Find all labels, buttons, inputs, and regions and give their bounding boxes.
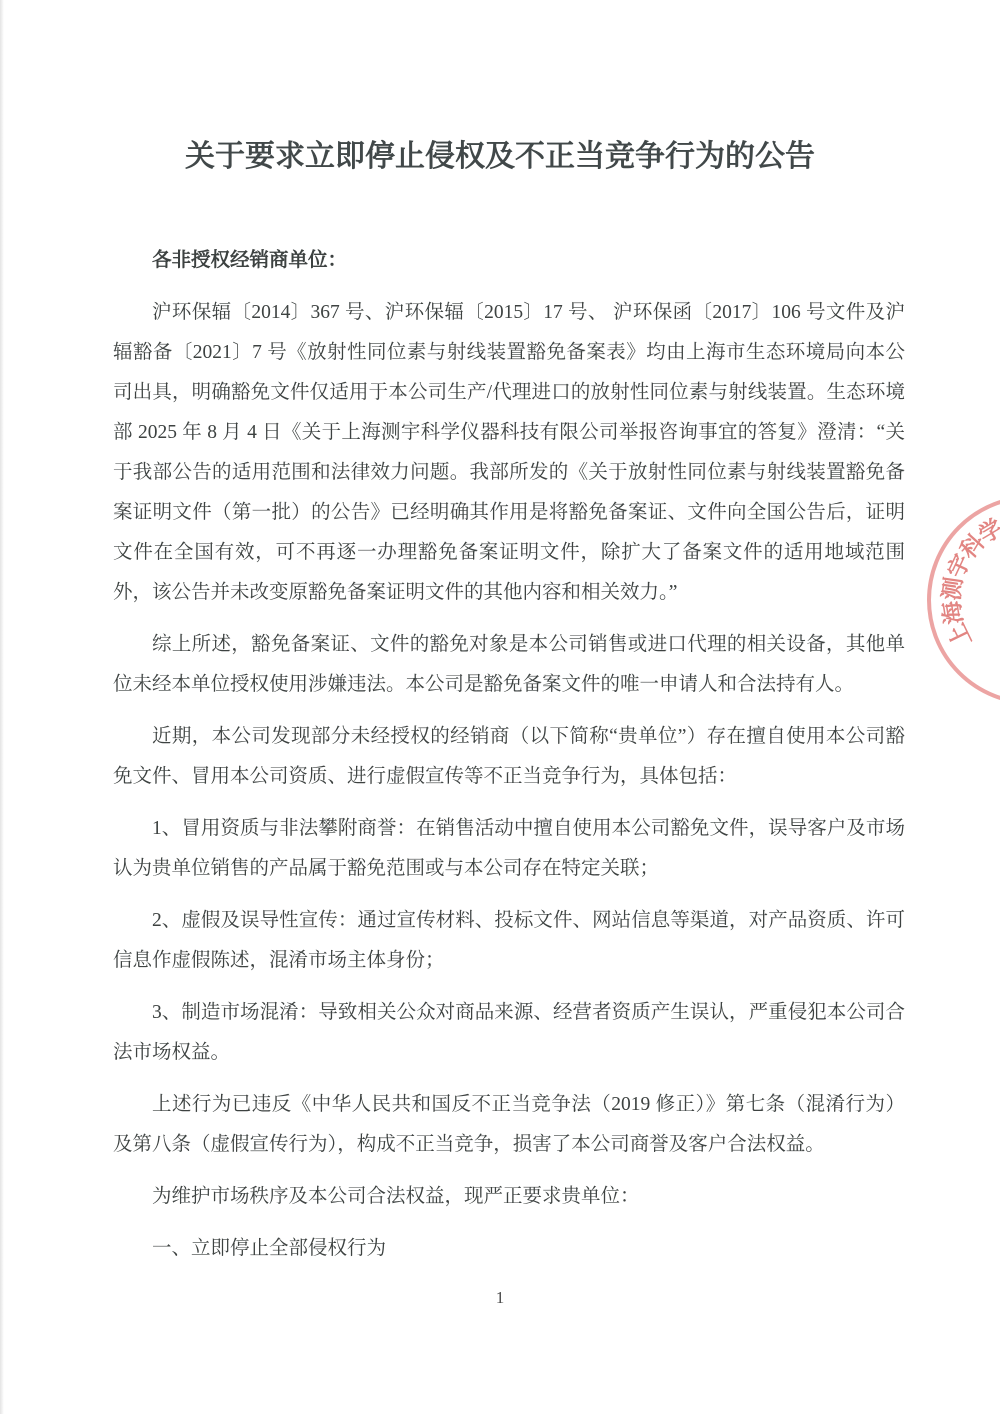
summary-paragraph: 综上所述，豁免备案证、文件的豁免对象是本公司销售或进口代理的相关设备，其他单位未… (113, 625, 905, 705)
findings-paragraph: 近期，本公司发现部分未经授权的经销商（以下简称“贵单位”）存在擅自使用本公司豁免… (113, 717, 905, 797)
salutation: 各非授权经销商单位： (113, 241, 905, 281)
violation-item-1: 1、冒用资质与非法攀附商誉：在销售活动中擅自使用本公司豁免文件，误导客户及市场认… (113, 809, 905, 889)
section-heading-1: 一、立即停止全部侵权行为 (113, 1229, 905, 1269)
violation-item-3: 3、制造市场混淆：导致相关公众对商品来源、经营者资质产生误认，严重侵犯本公司合法… (113, 993, 905, 1073)
legal-basis-paragraph: 上述行为已违反《中华人民共和国反不正当竞争法（2019 修正）》第七条（混淆行为… (113, 1085, 905, 1165)
demand-intro-paragraph: 为维护市场秩序及本公司合法权益，现严正要求贵单位： (113, 1177, 905, 1217)
violation-item-2: 2、虚假及误导性宣传：通过宣传材料、投标文件、网站信息等渠道，对产品资质、许可信… (113, 901, 905, 981)
page-number: 1 (0, 1288, 1000, 1308)
document-body: 各非授权经销商单位： 沪环保辐〔2014〕367 号、沪环保辐〔2015〕17 … (0, 241, 1000, 1269)
intro-paragraph: 沪环保辐〔2014〕367 号、沪环保辐〔2015〕17 号、 沪环保函〔201… (113, 293, 905, 613)
document-title: 关于要求立即停止侵权及不正当竞争行为的公告 (0, 0, 1000, 175)
scanned-document-page: 关于要求立即停止侵权及不正当竞争行为的公告 各非授权经销商单位： 沪环保辐〔20… (0, 0, 1000, 1414)
